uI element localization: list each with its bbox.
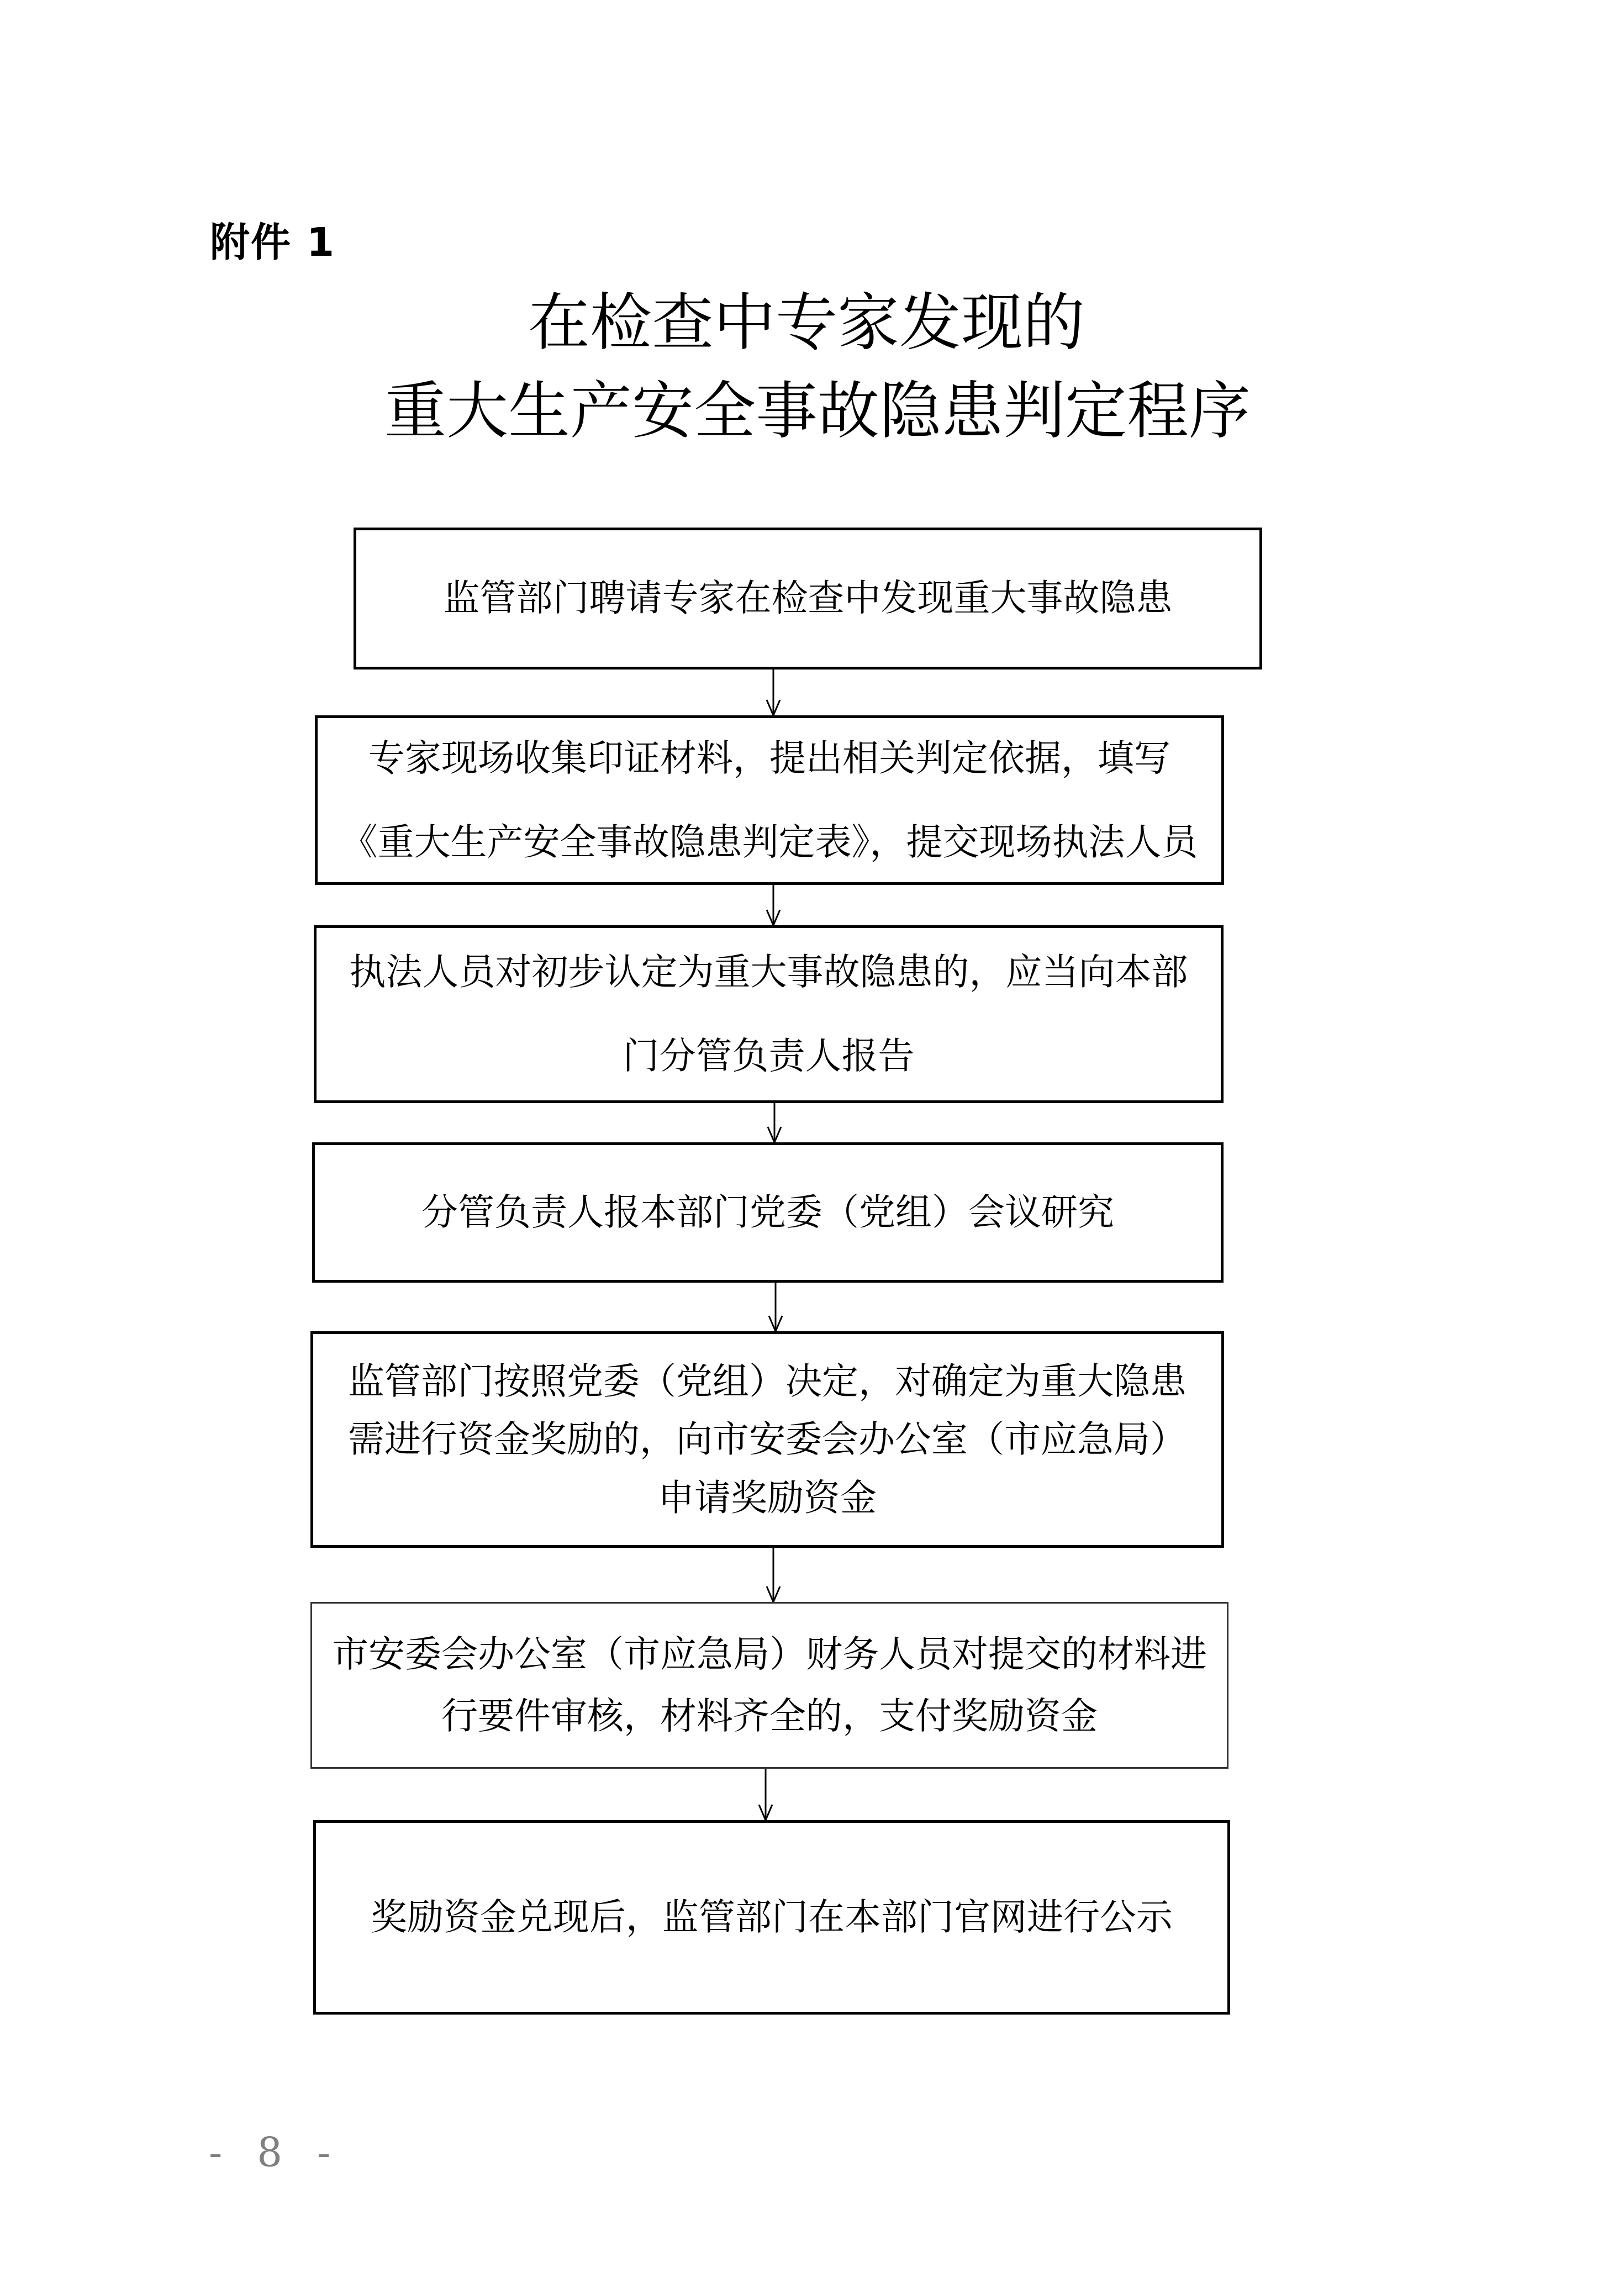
page-number: - 8 -: [209, 2129, 341, 2176]
flow-step-3: 执法人员对初步认定为重大事故隐患的，应当向本部门分管负责人报告: [314, 925, 1224, 1103]
flow-step-text: 监管部门按照党委（党组）决定，对确定为重大隐患需进行资金奖励的，向市安委会办公室…: [320, 1352, 1215, 1527]
flow-step-text: 执法人员对初步认定为重大事故隐患的，应当向本部门分管负责人报告: [327, 930, 1211, 1098]
flow-step-7: 奖励资金兑现后，监管部门在本部门官网进行公示: [313, 1820, 1230, 2015]
down-arrow-icon: [762, 1548, 784, 1602]
down-arrow-icon: [755, 1769, 777, 1820]
flow-step-1: 监管部门聘请专家在检查中发现重大事故隐患: [354, 528, 1262, 669]
document-title-line-2: 重大生产安全事故隐患判定程序: [6, 367, 1624, 456]
flow-step-text: 市安委会办公室（市应急局）财务人员对提交的材料进行要件审核，材料齐全的，支付奖励…: [317, 1623, 1222, 1747]
flow-step-2: 专家现场收集印证材料，提出相关判定依据，填写《重大生产安全事故隐患判定表》，提交…: [315, 715, 1224, 885]
flow-step-text: 监管部门聘请专家在检查中发现重大事故隐患: [410, 567, 1206, 629]
flow-step-4: 分管负责人报本部门党委（党组）会议研究: [312, 1142, 1224, 1283]
flow-step-text: 专家现场收集印证材料，提出相关判定依据，填写《重大生产安全事故隐患判定表》，提交…: [328, 716, 1211, 884]
down-arrow-icon: [762, 885, 784, 925]
flow-step-5: 监管部门按照党委（党组）决定，对确定为重大隐患需进行资金奖励的，向市安委会办公室…: [310, 1331, 1224, 1548]
attachment-label: 附件 1: [210, 210, 335, 267]
flow-step-6: 市安委会办公室（市应急局）财务人员对提交的材料进行要件审核，材料齐全的，支付奖励…: [310, 1602, 1228, 1769]
document-title-line-1: 在检查中专家发现的: [0, 279, 1618, 367]
flow-step-text: 奖励资金兑现后，监管部门在本部门官网进行公示: [330, 1886, 1214, 1948]
flow-step-text: 分管负责人报本部门党委（党组）会议研究: [326, 1182, 1210, 1243]
down-arrow-icon: [764, 1283, 787, 1331]
down-arrow-icon: [763, 1103, 785, 1142]
down-arrow-icon: [762, 669, 784, 715]
